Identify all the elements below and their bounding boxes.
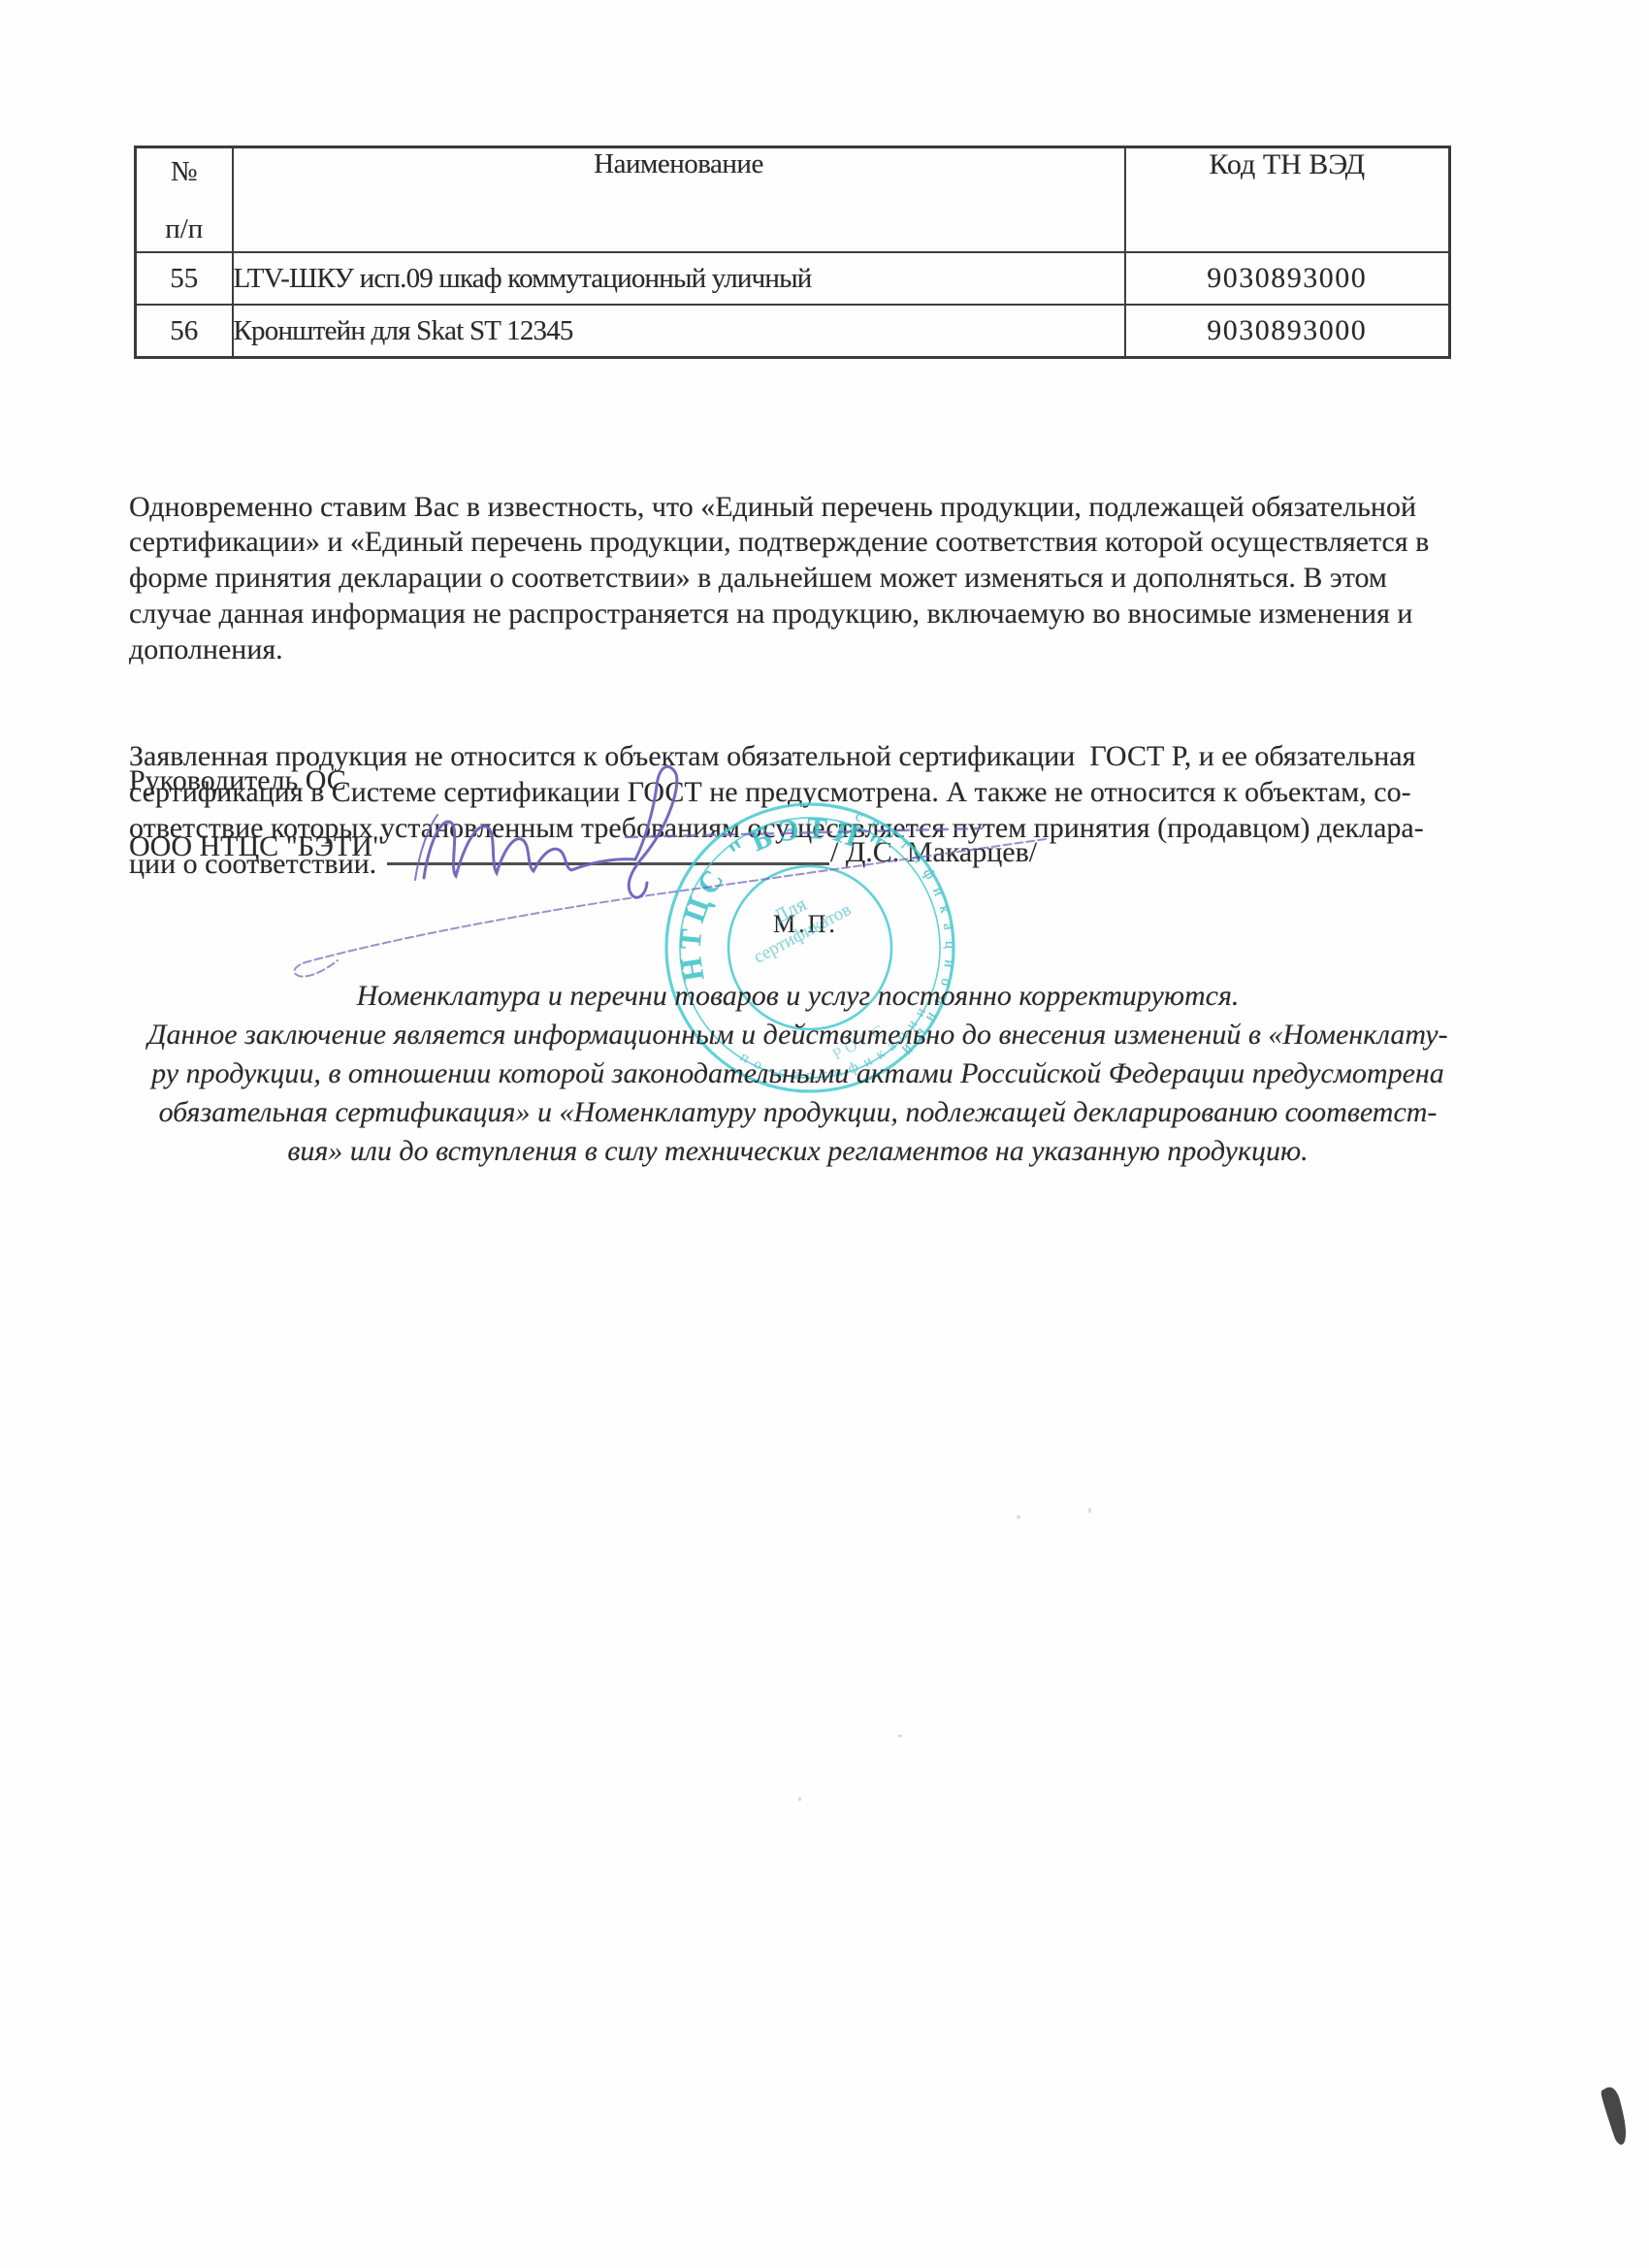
header-name-cell: Наименование (233, 147, 1125, 253)
table-row: 56 Кронштейн для Skat ST 12345 903089300… (136, 305, 1450, 358)
table-header-row: № п/п Наименование Код ТН ВЭД (136, 147, 1450, 253)
row-56-name: Кронштейн для Skat ST 12345 (233, 305, 1125, 358)
scan-speck (897, 1734, 902, 1737)
table-row: 55 LTV-ШКУ исп.09 шкаф коммутационный ул… (136, 252, 1450, 305)
header-num-top: № (137, 156, 232, 188)
header-code-cell: Код ТН ВЭД (1125, 147, 1450, 253)
paragraph-notice: Одновременно ставим Вас в известность, ч… (129, 490, 1623, 668)
row-55-name: LTV-ШКУ исп.09 шкаф коммутационный уличн… (233, 252, 1125, 305)
row-56-code: 9030893000 (1125, 305, 1450, 358)
scan-speck (1017, 1515, 1020, 1519)
handwritten-signature (252, 747, 1086, 1009)
header-num-bottom: п/п (137, 213, 232, 245)
scan-speck (1088, 1507, 1091, 1513)
scan-speck (798, 1797, 801, 1801)
products-table: № п/п Наименование Код ТН ВЭД 55 LTV-ШКУ… (134, 146, 1451, 359)
row-56-num: 56 (136, 305, 233, 358)
ink-smudge (1596, 2081, 1639, 2154)
row-55-code: 9030893000 (1125, 252, 1450, 305)
document-page: № п/п Наименование Код ТН ВЭД 55 LTV-ШКУ… (0, 0, 1649, 2268)
products-table-wrapper: № п/п Наименование Код ТН ВЭД 55 LTV-ШКУ… (134, 146, 1451, 359)
footer-note: Номенклатура и перечни товаров и услуг п… (15, 977, 1581, 1171)
row-55-num: 55 (136, 252, 233, 305)
header-num-cell: № п/п (136, 147, 233, 253)
